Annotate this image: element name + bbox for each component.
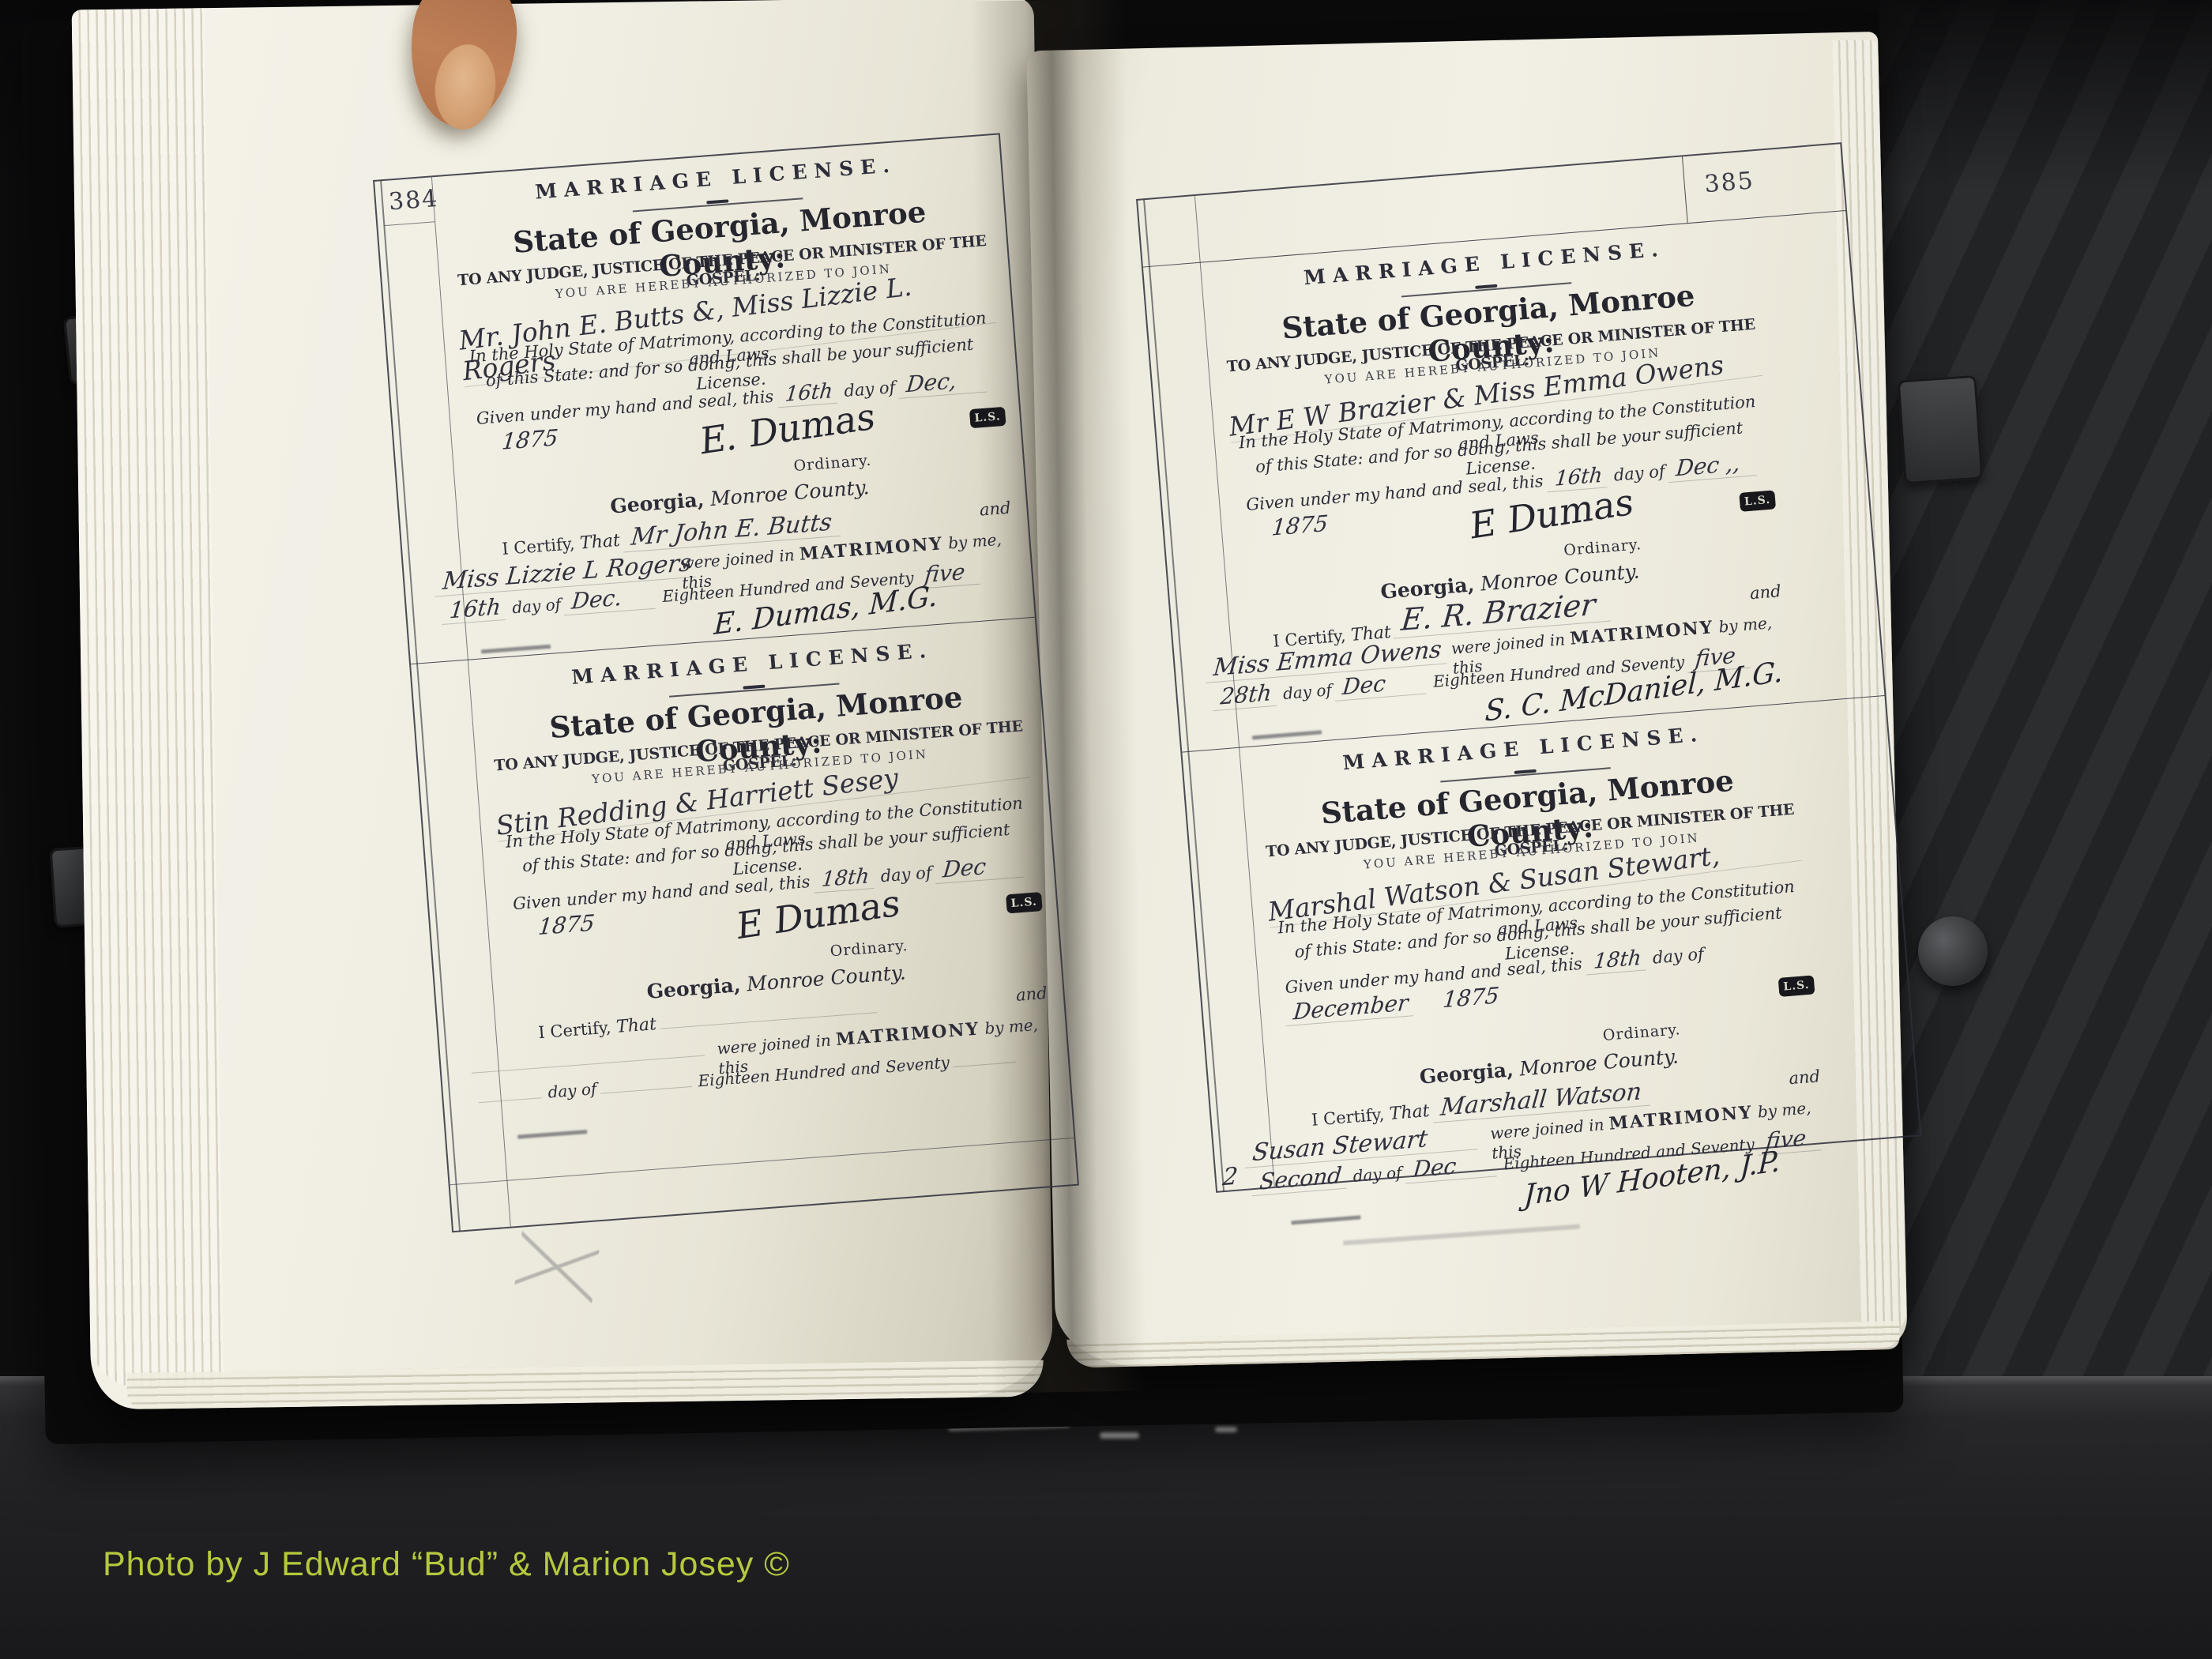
given-year-handwriting: 1875 [1270, 510, 1329, 541]
that-word: That [579, 531, 621, 554]
marriage-license-form: MARRIAGE LICENSE. State of Georgia, Monr… [1251, 712, 1832, 1228]
joined-pre: were joined in [717, 1031, 832, 1059]
given-month-handwriting: Dec [935, 850, 1026, 884]
joined-pre: were joined in [1489, 1115, 1604, 1143]
matrimony-word: MATRIMONY [799, 533, 944, 565]
ruled-page-box-right: 385 MARRIAGE LICENSE. State of Georgia, … [1136, 142, 1921, 1193]
inner-bottom-rule [450, 1138, 1074, 1185]
binder-knob [1918, 916, 1988, 986]
given-year-handwriting: 1875 [1442, 982, 1500, 1013]
page-number: 384 [388, 185, 440, 216]
day-of-label: day of [1352, 1163, 1403, 1186]
cert-month-handwriting: Dec [1335, 667, 1429, 702]
day-of-label: day of [1652, 944, 1705, 967]
page-number: 385 [1703, 167, 1755, 198]
printer-mark [481, 645, 551, 654]
and-label: and [1788, 1066, 1820, 1088]
georgia-label: Georgia, [609, 488, 705, 518]
that-word: That [1389, 1101, 1431, 1124]
ordinary-label: Ordinary. [1602, 1021, 1681, 1044]
county-label: Monroe County. [746, 961, 906, 995]
certify-label: I Certify, That [502, 531, 621, 559]
page-number-cell-line [1682, 156, 1688, 223]
matrimony-word: MATRIMONY [835, 1018, 980, 1050]
certify-word: I Certify, [502, 534, 576, 559]
cert-day-handwriting: 16th [442, 593, 508, 625]
and-label: and [1015, 984, 1048, 1005]
cert-day-handwriting: 28th [1213, 679, 1279, 711]
day-of-label: day of [511, 595, 561, 618]
pencil-scribble [513, 1231, 600, 1303]
shelf-scuff-mark [1100, 1432, 1139, 1439]
county-label: Monroe County. [1518, 1044, 1679, 1080]
certify-word: I Certify, [538, 1018, 612, 1042]
georgia-label: Georgia, [646, 973, 742, 1003]
binder-clamp [1898, 375, 1984, 485]
certify-label: I Certify, That [538, 1014, 657, 1042]
cert-year-handwriting [953, 1043, 1018, 1067]
given-month-handwriting: Dec, [899, 365, 990, 399]
printer-mark [517, 1130, 587, 1139]
county-label: Monroe County. [709, 476, 870, 510]
photographer-watermark: Photo by J Edward “Bud” & Marion Josey © [103, 1545, 790, 1584]
day-of-label: day of [1282, 680, 1333, 703]
page-number-rule [384, 221, 434, 226]
notary-seal: L.S. [1777, 975, 1815, 997]
and-label: and [979, 498, 1011, 520]
cert-month-handwriting [600, 1067, 694, 1094]
ruled-page-box-left: 384 MARRIAGE LICENSE. State of Georgia, … [373, 133, 1079, 1232]
notary-seal: L.S. [1739, 490, 1776, 512]
marriage-license-form: MARRIAGE LICENSE. State of Georgia, Monr… [480, 629, 1059, 1142]
ordinary-label: Ordinary. [793, 452, 872, 475]
photographed-record-book: 384 MARRIAGE LICENSE. State of Georgia, … [0, 0, 2212, 1659]
marriage-license-form: MARRIAGE LICENSE. State of Georgia, Monr… [1212, 227, 1793, 743]
cert-month-handwriting: Dec [1405, 1149, 1499, 1184]
notary-seal: L.S. [969, 407, 1006, 428]
cert-month-handwriting: Dec. [564, 581, 658, 615]
printer-mark [1252, 730, 1322, 739]
certify-label: I Certify, That [1311, 1101, 1430, 1130]
ordinary-label: Ordinary. [829, 937, 908, 960]
shelf-scuff-mark [1215, 1427, 1237, 1432]
and-label: and [1749, 581, 1781, 603]
ordinary-label: Ordinary. [1563, 536, 1642, 559]
day-of-label: day of [547, 1079, 597, 1102]
margin-note-handwriting: 2 [1221, 1162, 1239, 1191]
joined-pre: were joined in [1450, 630, 1566, 658]
bride-name-handwriting [472, 1036, 707, 1073]
given-year-handwriting: 1875 [501, 424, 559, 455]
georgia-label: Georgia, [1419, 1058, 1514, 1088]
certify-word: I Certify, [1311, 1105, 1385, 1130]
cert-day-handwriting [479, 1078, 544, 1103]
given-year-handwriting: 1875 [537, 909, 596, 940]
marriage-license-form: MARRIAGE LICENSE. State of Georgia, Monr… [443, 144, 1022, 657]
notary-seal: L.S. [1006, 892, 1043, 913]
that-word: That [615, 1014, 657, 1037]
cert-day-handwriting: Second [1252, 1161, 1349, 1196]
given-day-handwriting: 18th [1586, 946, 1649, 975]
